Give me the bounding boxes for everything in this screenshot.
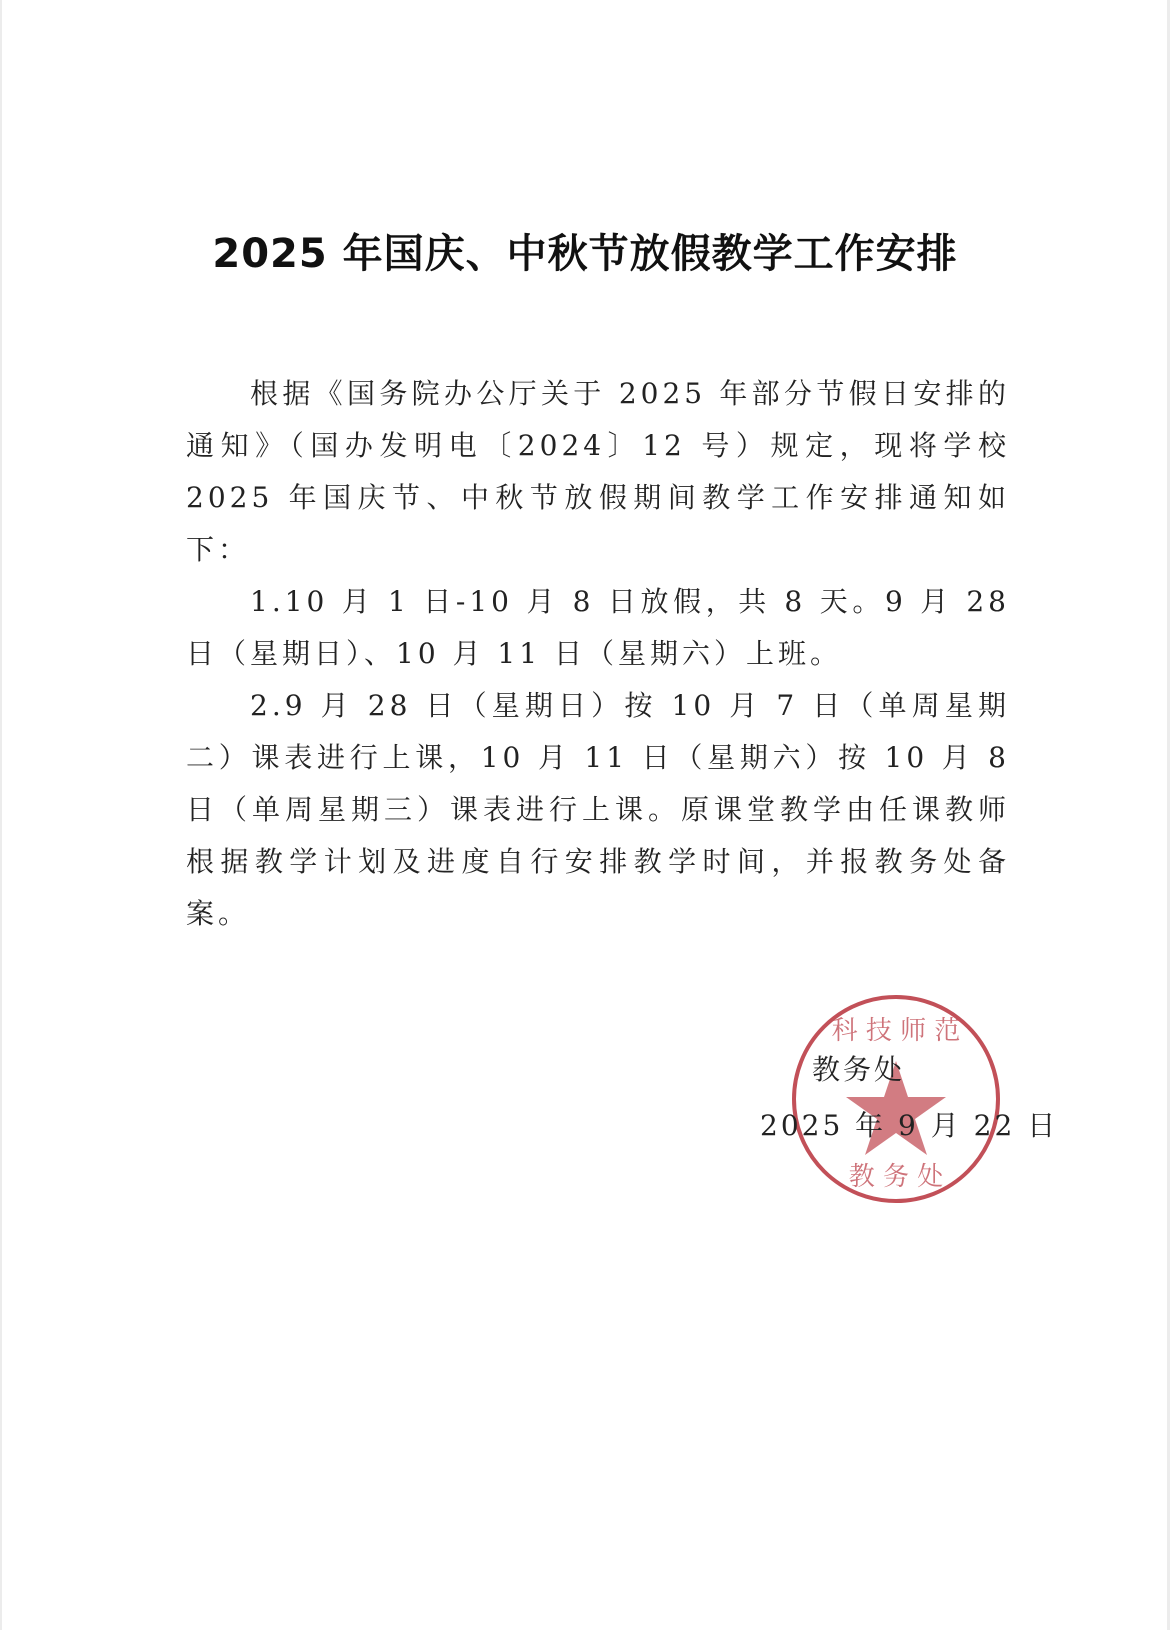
- document-body: 根据《国务院办公厅关于 2025 年部分节假日安排的通知》（国办发明电〔2024…: [186, 368, 1010, 940]
- signature-date: 2025 年 9 月 22 日: [760, 1104, 1058, 1144]
- document-title: 2025 年国庆、中秋节放假教学工作安排: [0, 222, 1170, 279]
- item-2-paragraph: 2.9 月 28 日（星期日）按 10 月 7 日（单周星期二）课表进行上课，1…: [186, 680, 1010, 940]
- intro-paragraph: 根据《国务院办公厅关于 2025 年部分节假日安排的通知》（国办发明电〔2024…: [186, 368, 1010, 576]
- seal-star-icon: 科 技 师 范 教 务 处: [796, 999, 996, 1199]
- svg-text:教 务 处: 教 务 处: [849, 1162, 944, 1192]
- svg-text:科 技 师 范: 科 技 师 范: [832, 1016, 961, 1046]
- signature-department: 教务处: [812, 1048, 905, 1088]
- item-1-paragraph: 1.10 月 1 日-10 月 8 日放假，共 8 天。9 月 28 日（星期日…: [186, 576, 1010, 680]
- official-seal: 科 技 师 范 教 务 处: [792, 995, 1000, 1203]
